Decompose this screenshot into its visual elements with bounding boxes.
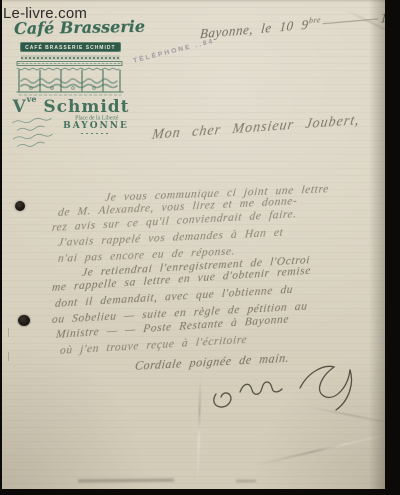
hole-punch — [18, 315, 30, 326]
signature-flourish — [200, 352, 382, 414]
letterhead-address-band — [21, 55, 120, 60]
dateline-place: Bayonne, le — [199, 20, 272, 41]
letterhead-proprietor: Vve Schmidt — [12, 94, 130, 117]
photo-border-right — [385, 0, 400, 495]
cafe-storefront-illustration — [15, 61, 125, 97]
letter-paper: Café Brasserie CAFÉ BRASSERIE SCHMIDT Vv… — [2, 0, 385, 489]
pencil-smudge — [236, 480, 256, 482]
dateline: Bayonne, le 10 9bre1906 — [199, 8, 385, 43]
pencil-smudge — [78, 479, 174, 483]
photo-border-left — [0, 0, 2, 495]
salutation: Mon cher Monsieur Joubert, — [151, 113, 361, 144]
site-watermark: Le-livre.com — [3, 5, 87, 22]
hole-punch — [15, 201, 25, 211]
scanned-letter-photo: Café Brasserie CAFÉ BRASSERIE SCHMIDT Vv… — [0, 0, 400, 495]
photo-border-bottom — [0, 489, 400, 495]
margin-mark — [8, 352, 9, 361]
dateline-rule — [323, 19, 379, 25]
paper-crease — [256, 430, 385, 466]
letterhead-banner: CAFÉ BRASSERIE SCHMIDT — [20, 42, 121, 52]
letterhead-banner-label: CAFÉ BRASSERIE SCHMIDT — [25, 44, 115, 50]
letterhead-side-notes — [8, 111, 66, 157]
margin-mark — [8, 328, 9, 337]
letterhead-city: BAYONNE — [60, 121, 132, 134]
dateline-day: 10 — [279, 18, 294, 34]
